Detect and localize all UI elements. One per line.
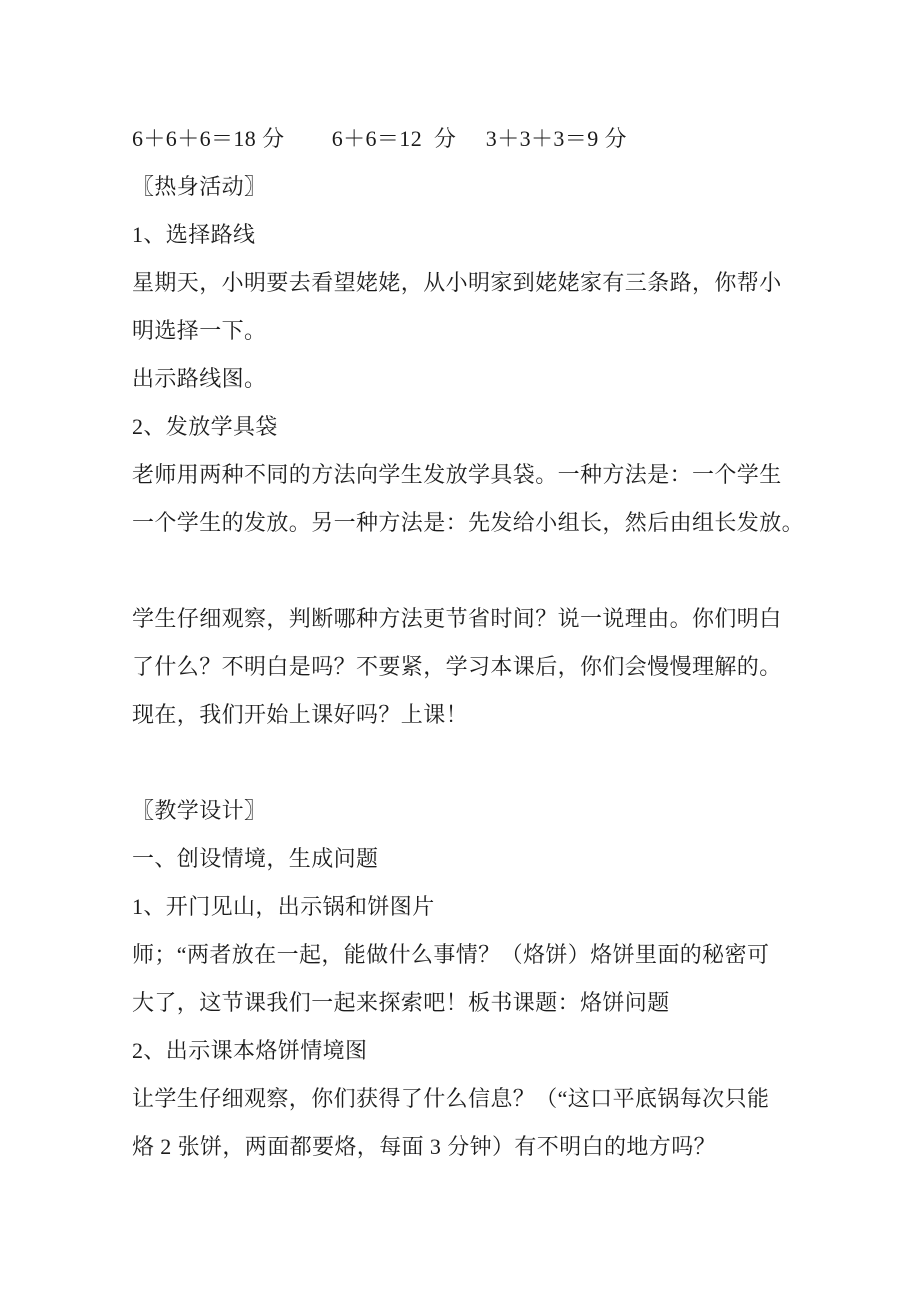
text-line: 2、出示课本烙饼情境图 <box>132 1027 832 1075</box>
text-line: 老师用两种不同的方法向学生发放学具袋。一种方法是：一个学生 <box>132 451 832 499</box>
text-line: 出示路线图。 <box>132 355 832 403</box>
section-heading-teaching-design: 〖教学设计〗 <box>132 787 832 835</box>
text-line: 现在，我们开始上课好吗？上课！ <box>132 691 832 739</box>
section-heading-warmup: 〖热身活动〗 <box>132 163 832 211</box>
blank-line <box>132 547 832 595</box>
text-line: 烙 2 张饼，两面都要烙，每面 3 分钟）有不明白的地方吗？ <box>132 1123 832 1171</box>
text-line: 1、开门见山，出示锅和饼图片 <box>132 883 832 931</box>
text-line: 明选择一下。 <box>132 307 832 355</box>
text-line-equations: 6＋6＋6＝18 分 6＋6＝12 分 3＋3＋3＝9 分 <box>132 115 832 163</box>
text-line: 星期天，小明要去看望姥姥，从小明家到姥姥家有三条路，你帮小 <box>132 259 832 307</box>
blank-line <box>132 739 832 787</box>
text-line: 大了，这节课我们一起来探索吧！板书课题：烙饼问题 <box>132 979 832 1027</box>
text-line: 学生仔细观察，判断哪种方法更节省时间？说一说理由。你们明白 <box>132 595 832 643</box>
document-page: 6＋6＋6＝18 分 6＋6＝12 分 3＋3＋3＝9 分 〖热身活动〗 1、选… <box>0 0 920 1302</box>
text-line: 1、选择路线 <box>132 211 832 259</box>
text-line: 一、创设情境，生成问题 <box>132 835 832 883</box>
text-line: 2、发放学具袋 <box>132 403 832 451</box>
text-line: 让学生仔细观察，你们获得了什么信息？（“这口平底锅每次只能 <box>132 1075 832 1123</box>
text-line: 师；“两者放在一起，能做什么事情？（烙饼）烙饼里面的秘密可 <box>132 931 832 979</box>
text-block: 6＋6＋6＝18 分 6＋6＝12 分 3＋3＋3＝9 分 〖热身活动〗 1、选… <box>132 115 832 1171</box>
text-line: 了什么？不明白是吗？不要紧，学习本课后，你们会慢慢理解的。 <box>132 643 832 691</box>
text-line: 一个学生的发放。另一种方法是：先发给小组长，然后由组长发放。 <box>132 499 832 547</box>
